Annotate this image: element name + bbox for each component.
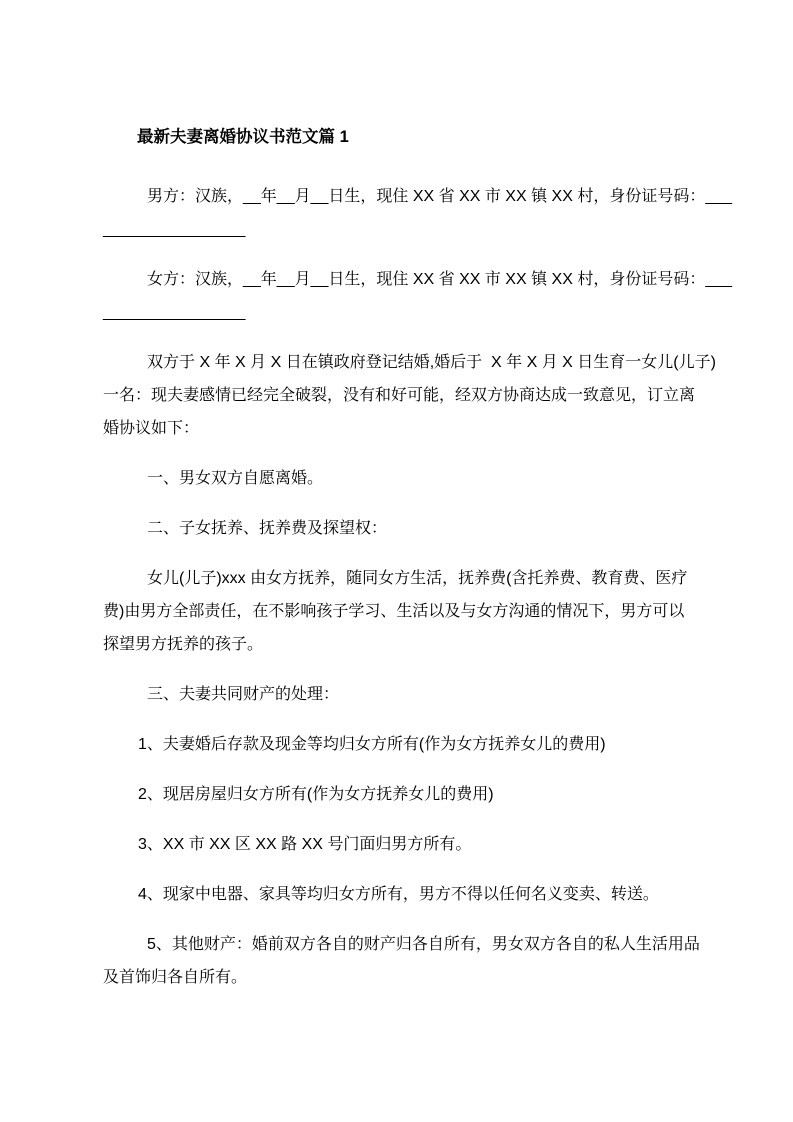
text-line: 及首饰归各自所有。 — [103, 961, 703, 994]
document-title: 最新夫妻离婚协议书范文篇 1 — [103, 121, 703, 154]
paragraph-clause-one: 一、男女双方自愿离婚。 — [103, 462, 703, 495]
text-line: 男方：汉族，__年__月__日生，现住 XX 省 XX 市 XX 镇 XX 村，… — [103, 180, 703, 213]
paragraph-clause-two-detail: 女儿(儿子)xxx 由女方抚养，随同女方生活，抚养费(含托养费、教育费、医疗 费… — [103, 562, 703, 661]
paragraph-clause-two: 二、子女抚养、抚养费及探望权： — [103, 512, 703, 545]
text-line: 三、夫妻共同财产的处理： — [103, 678, 703, 711]
text-line: 女儿(儿子)xxx 由女方抚养，随同女方生活，抚养费(含托养费、教育费、医疗 — [103, 562, 703, 595]
text-line: 女方：汉族，__年__月__日生，现住 XX 省 XX 市 XX 镇 XX 村，… — [103, 263, 703, 296]
text-line: 费)由男方全部责任，在不影响孩子学习、生活以及与女方沟通的情况下，男方可以 — [103, 595, 703, 628]
text-line: 3、XX 市 XX 区 XX 路 XX 号门面归男方所有。 — [103, 828, 703, 861]
text-line: 探望男方抚养的孩子。 — [103, 628, 703, 661]
paragraph-property-item-3: 3、XX 市 XX 区 XX 路 XX 号门面归男方所有。 — [103, 828, 703, 861]
paragraph-property-item-5: 5、其他财产：婚前双方各自的财产归各自所有，男女双方各自的私人生活用品 及首饰归… — [103, 928, 703, 994]
text-line: 双方于 X 年 X 月 X 日在镇政府登记结婚,婚后于 X 年 X 月 X 日生… — [103, 346, 703, 379]
text-line: 婚协议如下： — [103, 412, 703, 445]
document-page: 最新夫妻离婚协议书范文篇 1 男方：汉族，__年__月__日生，现住 XX 省 … — [0, 0, 793, 1122]
paragraph-marriage-background: 双方于 X 年 X 月 X 日在镇政府登记结婚,婚后于 X 年 X 月 X 日生… — [103, 346, 703, 445]
paragraph-property-item-2: 2、现居房屋归女方所有(作为女方抚养女儿的费用) — [103, 778, 703, 811]
text-line: 一名：现夫妻感情已经完全破裂，没有和好可能，经双方协商达成一致意见，订立离 — [103, 379, 703, 412]
text-line: 一、男女双方自愿离婚。 — [103, 462, 703, 495]
text-line: 1、夫妻婚后存款及现金等均归女方所有(作为女方抚养女儿的费用) — [103, 728, 703, 761]
text-line: 5、其他财产：婚前双方各自的财产归各自所有，男女双方各自的私人生活用品 — [103, 928, 703, 961]
paragraph-clause-three: 三、夫妻共同财产的处理： — [103, 678, 703, 711]
blank-underscore-line: ________________ — [103, 296, 703, 329]
blank-underscore-line: ________________ — [103, 213, 703, 246]
text-line: 2、现居房屋归女方所有(作为女方抚养女儿的费用) — [103, 778, 703, 811]
paragraph-property-item-1: 1、夫妻婚后存款及现金等均归女方所有(作为女方抚养女儿的费用) — [103, 728, 703, 761]
paragraph-wife-info: 女方：汉族，__年__月__日生，现住 XX 省 XX 市 XX 镇 XX 村，… — [103, 263, 703, 329]
text-line: 二、子女抚养、抚养费及探望权： — [103, 512, 703, 545]
text-line: 4、现家中电器、家具等均归女方所有，男方不得以任何名义变卖、转送。 — [103, 878, 703, 911]
paragraph-property-item-4: 4、现家中电器、家具等均归女方所有，男方不得以任何名义变卖、转送。 — [103, 878, 703, 911]
paragraph-husband-info: 男方：汉族，__年__月__日生，现住 XX 省 XX 市 XX 镇 XX 村，… — [103, 180, 703, 246]
